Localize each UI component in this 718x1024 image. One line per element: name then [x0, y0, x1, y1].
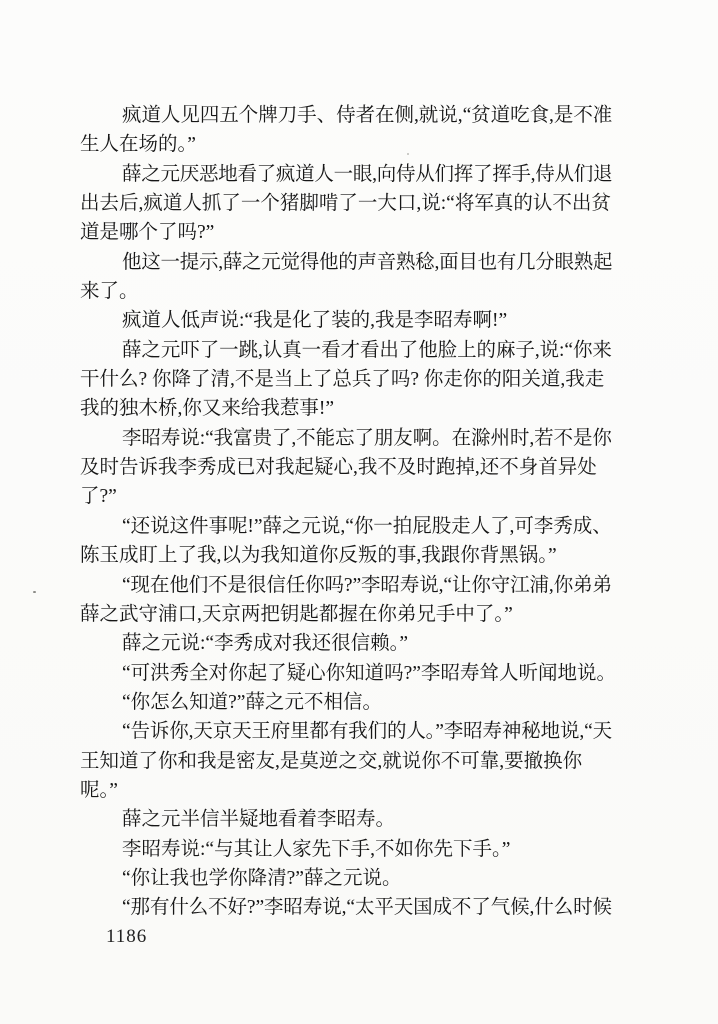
text-line: 来了。 [80, 277, 612, 306]
text-line: “还说这件事呢!”薛之元说,“你一拍屁股走人了,可李秀成、 [80, 512, 612, 541]
book-page: 疯道人见四五个牌刀手、侍者在侧,就说,“贫道吃食,是不准生人在场的。”薛之元厌恶… [0, 0, 718, 1024]
text-line: 疯道人低声说:“我是化了装的,我是李昭寿啊!” [80, 306, 612, 335]
scan-speck [407, 153, 409, 155]
text-line: 了?” [80, 482, 612, 511]
text-line: 出去后,疯道人抓了一个猪脚啃了一大口,说:“将军真的认不出贫 [80, 189, 612, 218]
text-line: 薛之元吓了一跳,认真一看才看出了他脸上的麻子,说:“你来 [80, 336, 612, 365]
text-line: 及时告诉我李秀成已对我起疑心,我不及时跑掉,还不身首异处 [80, 453, 612, 482]
text-line: 道是哪个了吗?” [80, 218, 612, 247]
text-line: 薛之元厌恶地看了疯道人一眼,向侍从们挥了挥手,侍从们退 [80, 160, 612, 189]
text-line: “你让我也学你降清?”薛之元说。 [80, 864, 612, 893]
text-line: “现在他们不是很信任你吗?”李昭寿说,“让你守江浦,你弟弟 [80, 571, 612, 600]
text-line: 我的独木桥,你又来给我惹事!” [80, 394, 612, 423]
text-line: 呢。” [80, 776, 612, 805]
text-line: “告诉你,天京天王府里都有我们的人。”李昭寿神秘地说,“天 [80, 717, 612, 746]
text-line: “你怎么知道?”薛之元不相信。 [80, 688, 612, 717]
text-line: 王知道了你和我是密友,是莫逆之交,就说你不可靠,要撤换你 [80, 747, 612, 776]
text-line: 薛之元说:“李秀成对我还很信赖。” [80, 629, 612, 658]
text-line: “那有什么不好?”李昭寿说,“太平天国成不了气候,什么时候 [80, 893, 612, 922]
text-line: 李昭寿说:“与其让人家先下手,不如你先下手。” [80, 835, 612, 864]
text-line: 生人在场的。” [80, 130, 612, 159]
text-line: 薛之武守浦口,天京两把钥匙都握在你弟兄手中了。” [80, 600, 612, 629]
text-block: 疯道人见四五个牌刀手、侍者在侧,就说,“贫道吃食,是不准生人在场的。”薛之元厌恶… [80, 101, 612, 923]
text-line: 他这一提示,薛之元觉得他的声音熟稔,面目也有几分眼熟起 [80, 248, 612, 277]
text-line: 陈玉成盯上了我,以为我知道你反叛的事,我跟你背黑锅。” [80, 541, 612, 570]
text-line: 李昭寿说:“我富贵了,不能忘了朋友啊。在滁州时,若不是你 [80, 424, 612, 453]
scan-speck [33, 591, 36, 593]
page-number: 1186 [106, 925, 147, 949]
text-line: “可洪秀全对你起了疑心你知道吗?”李昭寿耸人听闻地说。 [80, 659, 612, 688]
text-line: 干什么? 你降了清,不是当上了总兵了吗? 你走你的阳关道,我走 [80, 365, 612, 394]
text-line: 薛之元半信半疑地看着李昭寿。 [80, 805, 612, 834]
text-line: 疯道人见四五个牌刀手、侍者在侧,就说,“贫道吃食,是不准 [80, 101, 612, 130]
